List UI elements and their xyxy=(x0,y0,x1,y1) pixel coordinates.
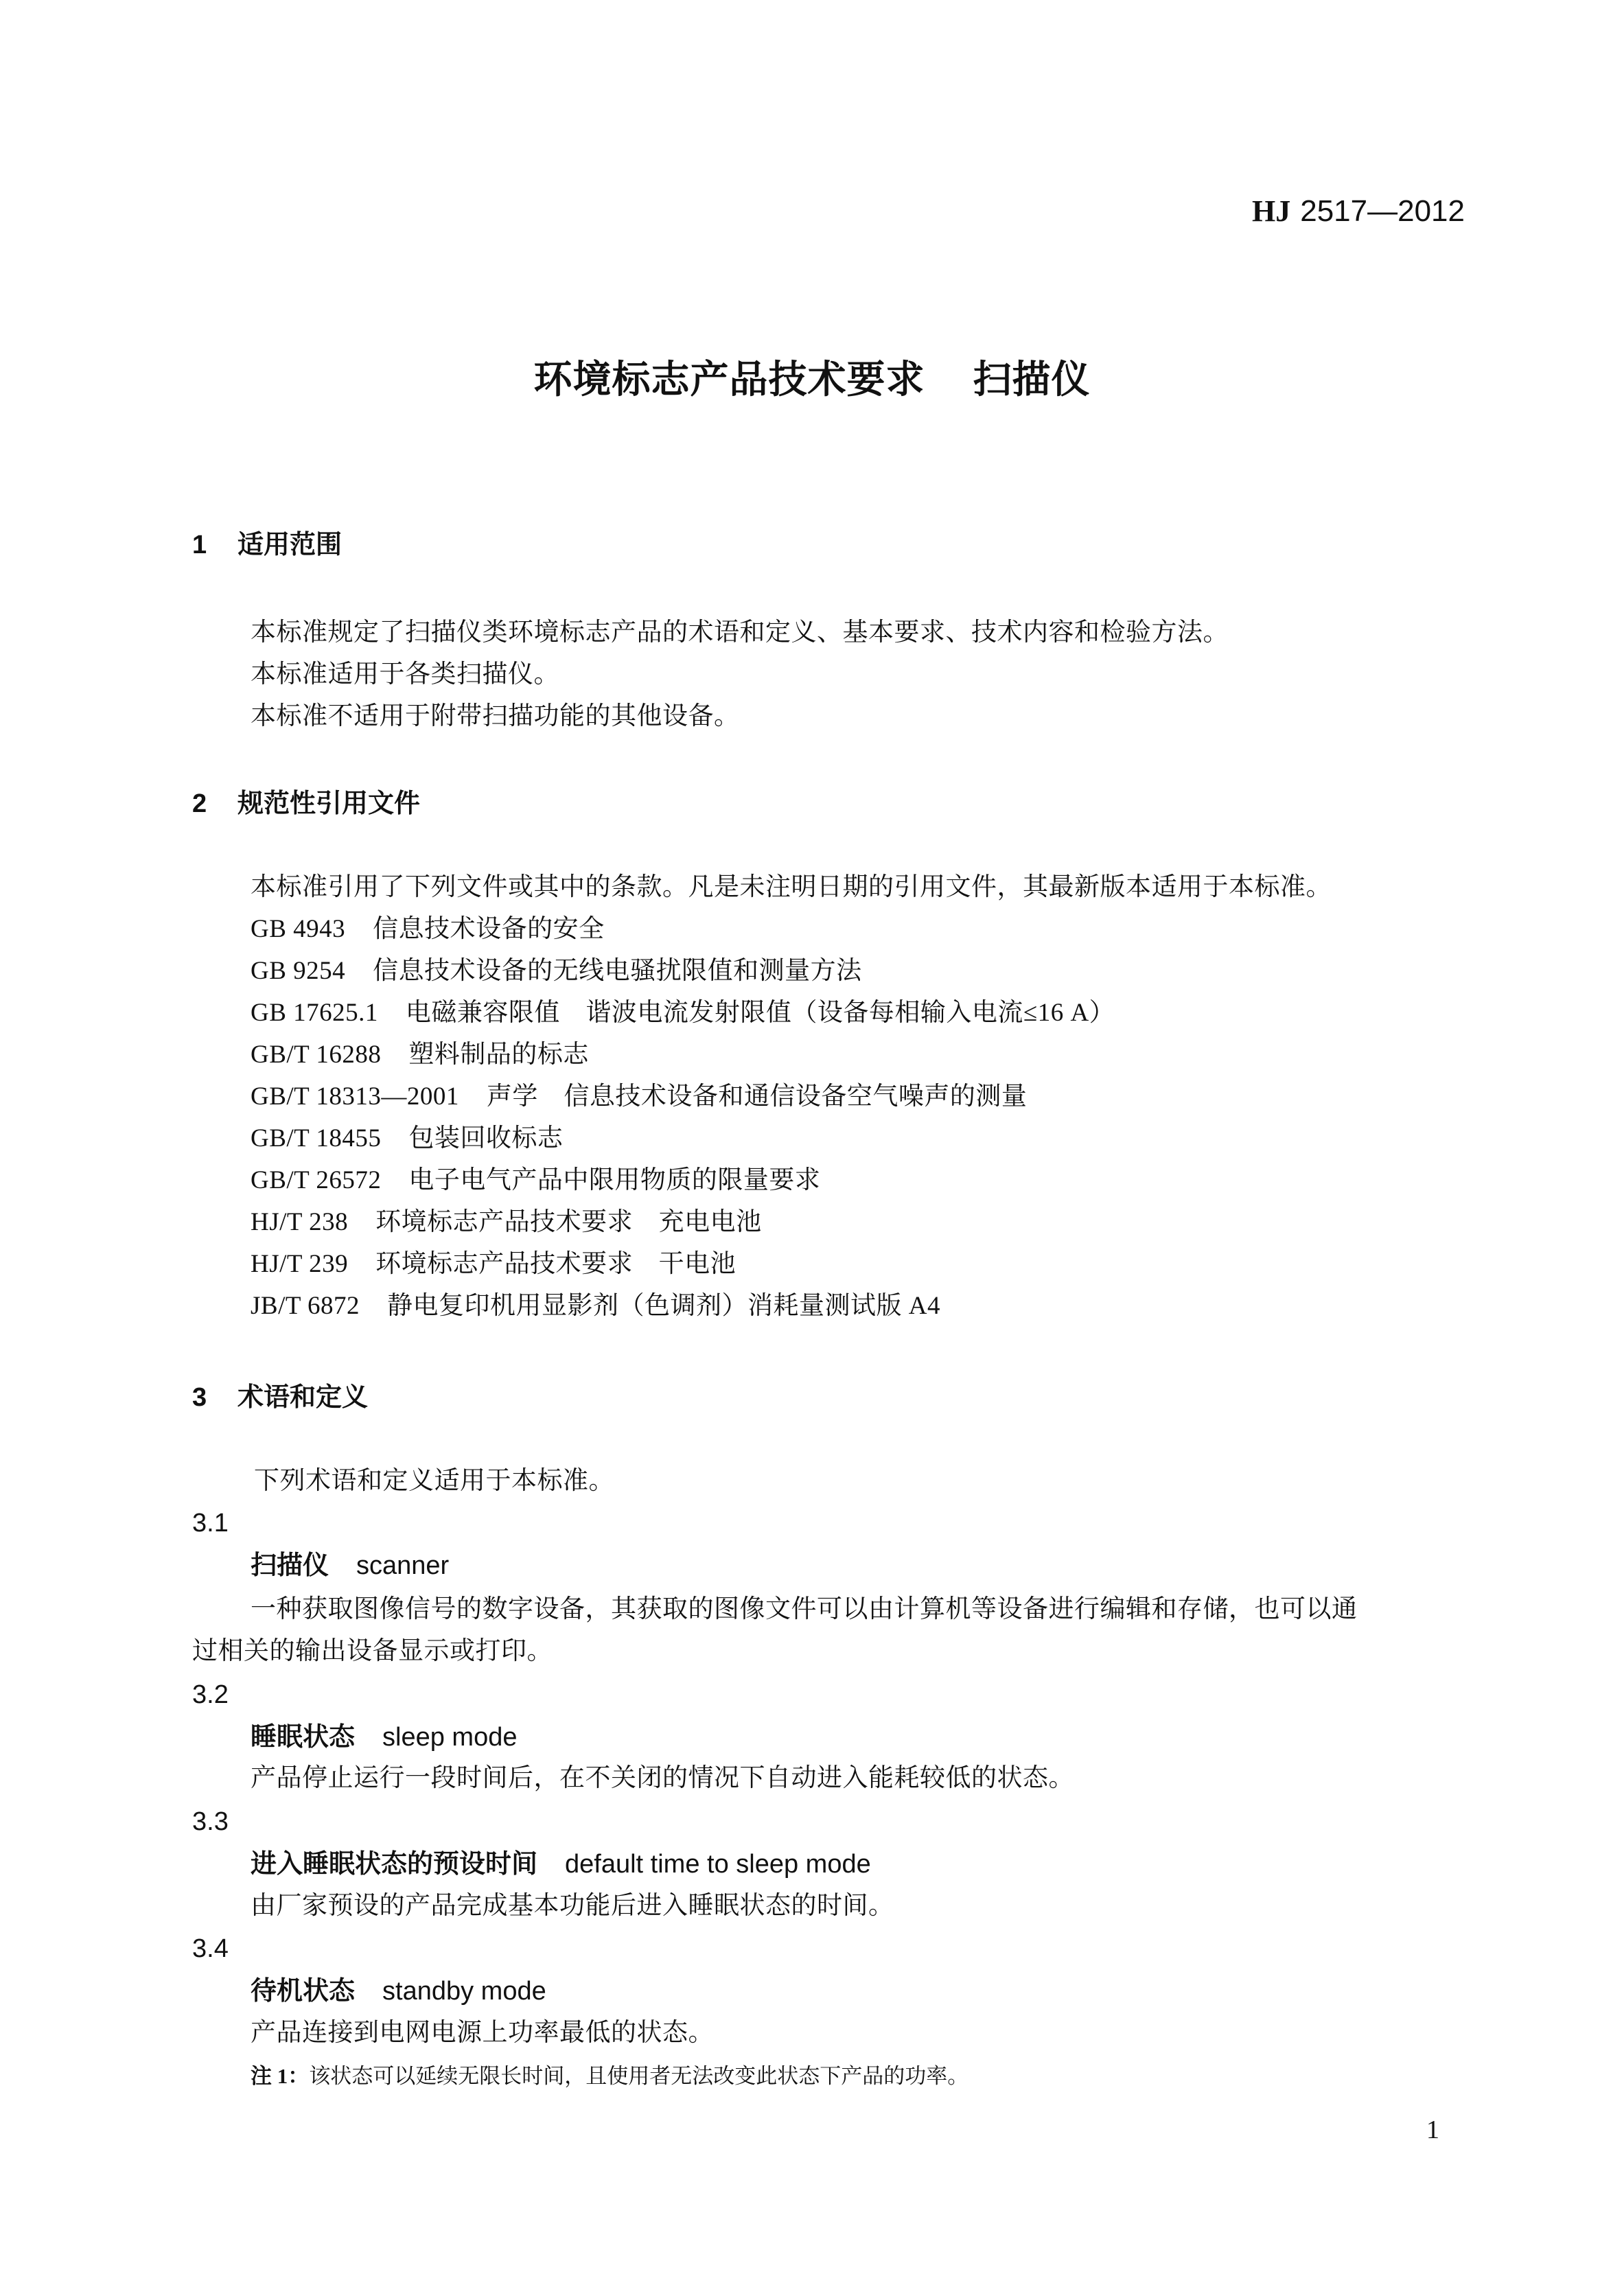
reference-item: GB/T 18455包装回收标志 xyxy=(251,1122,563,1156)
reference-item: GB/T 26572电子电气产品中限用物质的限量要求 xyxy=(251,1163,820,1198)
section-number: 3 xyxy=(192,1380,237,1415)
section-title: 适用范围 xyxy=(237,531,342,559)
term-definition: 一种获取图像信号的数字设备，其获取的图像文件可以由计算机等设备进行编辑和存储，也… xyxy=(251,1592,1358,1627)
term-heading: 待机状态standby mode xyxy=(251,1973,546,2009)
term-heading: 扫描仪scanner xyxy=(251,1548,449,1584)
paragraph: 本标准适用于各类扫描仪。 xyxy=(251,658,559,692)
clause-number: 3.3 xyxy=(192,1804,229,1840)
paragraph: 本标准不适用于附带扫描功能的其他设备。 xyxy=(251,699,740,734)
reference-title: 环境标志产品技术要求 干电池 xyxy=(375,1250,736,1278)
title-main: 环境标志产品技术要求 xyxy=(534,358,925,401)
reference-code: JB/T 6872 xyxy=(251,1289,360,1323)
note-text: 该状态可以延续无限长时间，且使用者无法改变此状态下产品的功率。 xyxy=(309,2064,968,2088)
section-number: 2 xyxy=(192,786,237,822)
clause-number: 3.4 xyxy=(192,1931,229,1967)
standard-prefix: HJ xyxy=(1252,194,1290,228)
reference-item: HJ/T 239环境标志产品技术要求 干电池 xyxy=(251,1247,736,1282)
reference-title: 电子电气产品中限用物质的限量要求 xyxy=(408,1166,820,1194)
reference-code: GB/T 16288 xyxy=(251,1038,381,1072)
clause-number: 3.1 xyxy=(192,1505,229,1541)
reference-code: HJ/T 239 xyxy=(251,1247,348,1282)
term-en: default time to sleep mode xyxy=(565,1850,871,1879)
section-title: 规范性引用文件 xyxy=(237,789,420,818)
paragraph: 本标准规定了扫描仪类环境标志产品的术语和定义、基本要求、技术内容和检验方法。 xyxy=(251,616,1229,650)
reference-title: 信息技术设备的无线电骚扰限值和测量方法 xyxy=(373,957,862,985)
reference-item: HJ/T 238环境标志产品技术要求 充电电池 xyxy=(251,1205,762,1240)
reference-item: GB 4943信息技术设备的安全 xyxy=(251,912,605,947)
reference-code: GB/T 18313—2001 xyxy=(251,1080,459,1114)
term-zh: 扫描仪 xyxy=(251,1551,329,1580)
section-3-heading: 3术语和定义 xyxy=(192,1380,368,1415)
term-en: standby mode xyxy=(382,1977,546,2006)
note-label: 注 1： xyxy=(251,2064,309,2088)
term-definition: 由厂家预设的产品完成基本功能后进入睡眠状态的时间。 xyxy=(251,1889,894,1923)
note: 注 1：该状态可以延续无限长时间，且使用者无法改变此状态下产品的功率。 xyxy=(251,2061,968,2091)
reference-title: 塑料制品的标志 xyxy=(408,1041,589,1069)
document-title: 环境标志产品技术要求扫描仪 xyxy=(0,356,1624,404)
term-heading: 睡眠状态sleep mode xyxy=(251,1719,517,1755)
reference-title: 信息技术设备的安全 xyxy=(373,915,605,943)
reference-title: 环境标志产品技术要求 充电电池 xyxy=(375,1208,762,1236)
section-2-heading: 2规范性引用文件 xyxy=(192,786,420,822)
page-number: 1 xyxy=(1426,2113,1439,2147)
term-zh: 睡眠状态 xyxy=(251,1723,355,1752)
reference-item: GB 9254信息技术设备的无线电骚扰限值和测量方法 xyxy=(251,954,862,988)
reference-code: HJ/T 238 xyxy=(251,1205,348,1240)
reference-code: GB/T 18455 xyxy=(251,1122,381,1156)
section-title: 术语和定义 xyxy=(237,1383,368,1412)
standard-code: HJ 2517—2012 xyxy=(1252,191,1465,232)
reference-item: GB/T 18313—2001声学 信息技术设备和通信设备空气噪声的测量 xyxy=(251,1080,1027,1114)
term-definition: 产品连接到电网电源上功率最低的状态。 xyxy=(251,2016,714,2050)
term-definition: 产品停止运行一段时间后，在不关闭的情况下自动进入能耗较低的状态。 xyxy=(251,1761,1074,1796)
term-en: scanner xyxy=(356,1551,449,1580)
section-number: 1 xyxy=(192,527,237,563)
reference-item: GB 17625.1电磁兼容限值 谐波电流发射限值（设备每相输入电流≤16 A） xyxy=(251,996,1115,1030)
term-en: sleep mode xyxy=(382,1723,517,1752)
reference-title: 声学 信息技术设备和通信设备空气噪声的测量 xyxy=(487,1082,1028,1111)
reference-code: GB 17625.1 xyxy=(251,996,378,1030)
paragraph-intro: 下列术语和定义适用于本标准。 xyxy=(254,1464,614,1498)
title-sub: 扫描仪 xyxy=(973,358,1091,401)
reference-item: JB/T 6872静电复印机用显影剂（色调剂）消耗量测试版 A4 xyxy=(251,1289,940,1323)
section-1-heading: 1适用范围 xyxy=(192,527,342,563)
reference-title: 包装回收标志 xyxy=(408,1124,563,1152)
reference-item: GB/T 16288塑料制品的标志 xyxy=(251,1038,589,1072)
reference-code: GB 9254 xyxy=(251,954,345,988)
reference-title: 电磁兼容限值 谐波电流发射限值（设备每相输入电流≤16 A） xyxy=(406,999,1115,1027)
reference-code: GB/T 26572 xyxy=(251,1163,381,1198)
term-zh: 进入睡眠状态的预设时间 xyxy=(251,1850,537,1879)
term-zh: 待机状态 xyxy=(251,1977,355,2006)
paragraph-intro: 本标准引用了下列文件或其中的条款。凡是未注明日期的引用文件，其最新版本适用于本标… xyxy=(251,870,1332,905)
clause-number: 3.2 xyxy=(192,1677,229,1713)
reference-title: 静电复印机用显影剂（色调剂）消耗量测试版 A4 xyxy=(387,1292,940,1320)
reference-code: GB 4943 xyxy=(251,912,345,947)
term-definition-continued: 过相关的输出设备显示或打印。 xyxy=(192,1634,553,1669)
term-heading: 进入睡眠状态的预设时间default time to sleep mode xyxy=(251,1846,871,1882)
standard-number: 2517—2012 xyxy=(1300,194,1465,228)
